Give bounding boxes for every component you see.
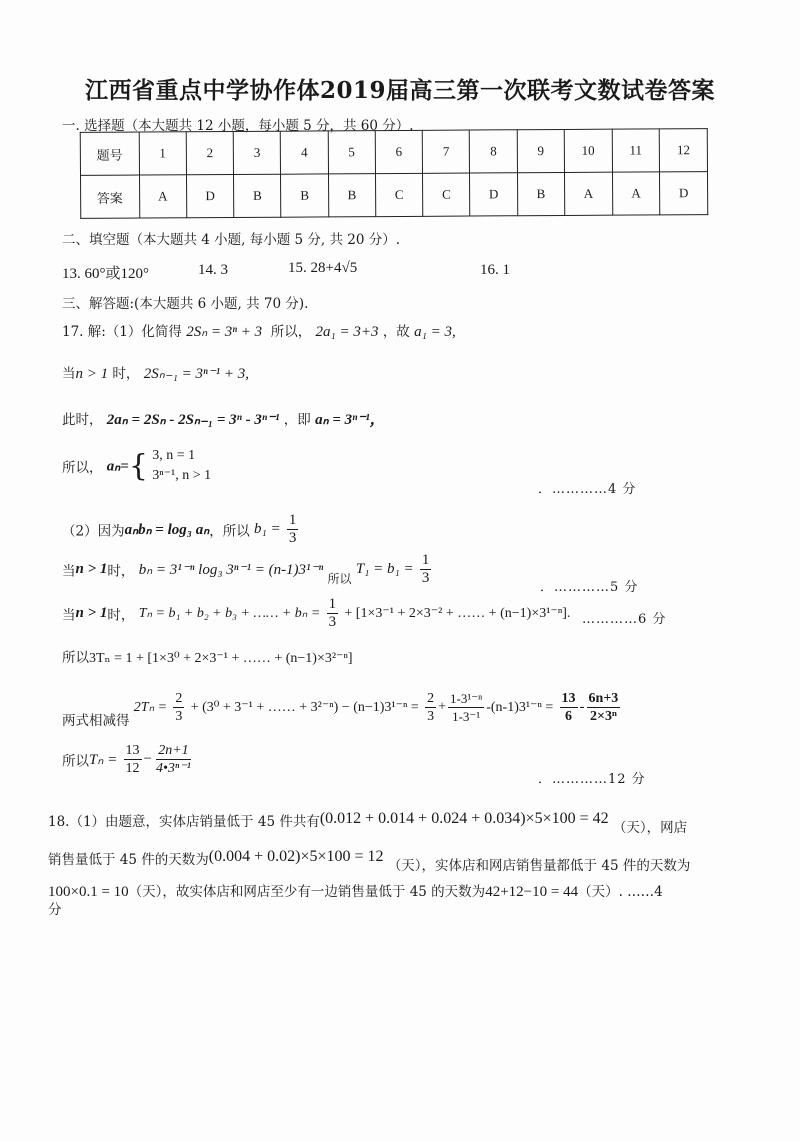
case-1: 3, n = 1 (152, 446, 211, 466)
text: （天），故实体店和网店至少有一边销售量低于 45 的天数为 (129, 884, 486, 900)
table-cell: 8 (470, 130, 518, 173)
table-cell: B (234, 174, 282, 217)
equation: 2Sₙ₋₁ = 3ⁿ⁻¹ + 3, (144, 366, 249, 382)
q18-line-2: 销售量低于 45 件的天数为(0.004 + 0.02)×5×100 = 12 … (48, 848, 690, 874)
text: 所以， (62, 460, 103, 476)
row-header-answer: 答案 (81, 175, 140, 218)
equation: aₙ= (107, 459, 129, 475)
fraction: 136 (560, 690, 578, 725)
equation: 2Sₙ = 3ⁿ + 3 (186, 324, 262, 340)
equation: -(n-1)3¹⁻ⁿ = (486, 700, 553, 715)
item-value: 28+4√5 (311, 260, 358, 276)
fill-answer-13: 13. 60°或120° (62, 262, 149, 283)
table-cell: 5 (328, 131, 376, 174)
fill-answer-14: 14. 3 (198, 262, 228, 279)
equation: aₙ = 3ⁿ⁻¹， (315, 412, 385, 428)
numerator: 2 (173, 690, 184, 708)
fill-answer-15: 15. 28+4√5 (288, 260, 357, 277)
equation: T₁ = b₁ = (356, 561, 414, 577)
score-marker-4: ．…………4 分 (538, 478, 636, 497)
equation: b₁ = (254, 521, 281, 537)
item-label: 15. (288, 260, 307, 276)
text: （天）. ……4 (578, 884, 663, 900)
equation: + (3⁰ + 3⁻¹ + …… + 3²⁻ⁿ) − (n−1)3¹⁻ⁿ = (191, 700, 419, 715)
fill-answer-16: 16. 1 (480, 262, 510, 279)
section-2-heading: 二、填空题（本大题共 4 小题, 每小题 5 分, 共 20 分）. (62, 228, 400, 248)
equation: bₙ = 3¹⁻ⁿ log₃ 3ⁿ⁻¹ = (n-1)3¹⁻ⁿ (139, 562, 324, 578)
text: 17. 解:（1）化简得 (62, 324, 182, 340)
text: （2）因为 (62, 524, 125, 540)
q17-line-5: （2）因为aₙbₙ = log₃ aₙ，所以 b₁ = 13 (62, 512, 300, 547)
text: （天），网店 (613, 820, 687, 836)
answer-table: 题号 1 2 3 4 5 6 7 8 9 10 11 12 答案 A D B B… (80, 128, 709, 219)
table-row-numbers: 题号 1 2 3 4 5 6 7 8 9 10 11 12 (80, 129, 707, 176)
item-label: 13. (62, 266, 81, 282)
row-header-number: 题号 (80, 132, 139, 175)
equation: (0.012 + 0.014 + 0.024 + 0.034)×5×100 = … (320, 810, 609, 827)
table-cell: 11 (612, 129, 660, 172)
numerator: 1 (287, 512, 299, 530)
table-cell: B (328, 174, 376, 217)
operator: − (144, 751, 152, 767)
table-cell: 1 (139, 132, 187, 175)
table-cell: D (660, 172, 708, 215)
text: 所以 (328, 572, 352, 586)
score-marker-5: ．…………5 分 (540, 576, 638, 595)
text: （天），实体店和网店销售量都低于 45 件的天数为 (388, 858, 691, 874)
equation: + [1×3⁻¹ + 2×3⁻² + …… + (n−1)×3¹⁻ⁿ]. (344, 606, 570, 621)
denominator: 3 (420, 570, 432, 587)
text: 当 (62, 366, 76, 382)
equation: a₁ = 3, (414, 324, 456, 340)
section-3-heading: 三、解答题:(本大题共 6 小题, 共 70 分). (62, 292, 308, 312)
item-label: 14. (198, 262, 217, 278)
score-marker-12: ．…………12 分 (538, 768, 646, 787)
equation: 2aₙ = 2Sₙ - 2Sₙ₋₁ = 3ⁿ - 3ⁿ⁻¹ (107, 412, 280, 428)
fraction: 13 (420, 552, 432, 587)
operator: + (438, 700, 446, 715)
text: 18.（1）由题意，实体店销量低于 45 件共有 (48, 814, 320, 830)
table-cell: 9 (517, 129, 565, 172)
text: 所以， (271, 324, 312, 340)
q17-line-4: 所以， aₙ={ 3, n = 1 3ⁿ⁻¹, n > 1 (62, 446, 211, 486)
text: 销售量低于 45 件的天数为 (48, 852, 209, 868)
denominator: 4•3ⁿ⁻¹ (154, 760, 193, 777)
fraction: 23 (425, 690, 436, 725)
brace-icon: { (129, 449, 148, 484)
table-cell: 10 (564, 129, 612, 172)
q17-line-10: 所以Tₙ = 1312−2n+14•3ⁿ⁻¹ (62, 742, 195, 777)
equation: 3Tₙ = 1 + [1×3⁰ + 2×3⁻¹ + …… + (n−1)×3²⁻… (89, 651, 353, 666)
text: 所以 (62, 754, 89, 770)
fraction: 2n+14•3ⁿ⁻¹ (154, 742, 193, 777)
q18-line-4: 分 (48, 898, 62, 918)
text: ，即 (284, 412, 311, 428)
denominator: 3 (287, 530, 299, 547)
equation: 2Tₙ = (134, 700, 167, 715)
numerator: 1-3¹⁻ⁿ (448, 690, 484, 708)
equation: Tₙ = (89, 752, 117, 768)
numerator: 6n+3 (587, 690, 621, 708)
text: ，所以 (209, 524, 250, 540)
text: 此时， (62, 412, 103, 428)
fraction: 6n+32×3ⁿ (587, 690, 621, 725)
denominator: 12 (124, 760, 142, 777)
fraction: 13 (287, 512, 299, 547)
q17-line-2: 当n > 1 时， 2Sₙ₋₁ = 3ⁿ⁻¹ + 3, (62, 362, 249, 383)
denominator: 2×3ⁿ (588, 708, 619, 725)
text: 两式相减得 (62, 713, 130, 729)
text: 所以 (62, 650, 89, 666)
page-title: 江西省重点中学协作体2019届高三第一次联考文数试卷答案 (0, 72, 800, 105)
numerator: 2n+1 (156, 742, 190, 760)
numerator: 1 (327, 596, 339, 614)
table-row-answers: 答案 A D B B B C C D B A A D (81, 172, 708, 219)
fraction: 1312 (124, 742, 142, 777)
equation: (0.004 + 0.02)×5×100 = 12 (209, 848, 384, 865)
item-label: 16. (480, 262, 499, 278)
table-cell: A (139, 175, 187, 218)
q17-line-7: 当n > 1时， Tₙ = b₁ + b₂ + b₃ + …… + bₙ = 1… (62, 596, 570, 631)
denominator: 1-3⁻¹ (450, 708, 482, 725)
equation: n > 1 (76, 605, 108, 621)
text: 时， (107, 608, 134, 624)
table-cell: 6 (375, 130, 423, 173)
numerator: 2 (425, 690, 436, 708)
equation: 42+12−10 = 44 (485, 884, 578, 900)
operator: - (580, 699, 585, 715)
equation: aₙbₙ = log₃ aₙ (125, 522, 210, 538)
item-value: 60°或120° (85, 266, 150, 282)
table-cell: B (517, 172, 565, 215)
score-marker-6: …………6 分 (582, 608, 666, 627)
equation: n > 1 (76, 366, 109, 382)
text: 当 (62, 564, 76, 580)
denominator: 3 (173, 708, 184, 725)
table-cell: D (186, 174, 234, 217)
text: ，故 (383, 324, 410, 340)
equation: Tₙ = b₁ + b₂ + b₃ + …… + bₙ = (139, 606, 321, 621)
fraction: 13 (327, 596, 339, 631)
q18-line-1: 18.（1）由题意，实体店销量低于 45 件共有(0.012 + 0.014 +… (48, 810, 687, 836)
table-cell: C (423, 173, 471, 216)
equation: n > 1 (76, 561, 108, 577)
numerator: 13 (124, 742, 142, 760)
table-cell: 12 (659, 129, 707, 172)
fraction: 23 (173, 690, 184, 725)
text: 时， (107, 564, 134, 580)
table-cell: A (612, 172, 660, 215)
denominator: 3 (327, 614, 339, 631)
case-2: 3ⁿ⁻¹, n > 1 (152, 466, 211, 486)
table-cell: D (470, 173, 518, 216)
q18-line-3: 100×0.1 = 10（天），故实体店和网店至少有一边销售量低于 45 的天数… (48, 880, 663, 901)
text: 当 (62, 608, 76, 624)
q17-line-1: 17. 解:（1）化简得 2Sₙ = 3ⁿ + 3 所以， 2a₁ = 3+3 … (62, 320, 456, 341)
q17-line-6: 当n > 1时， bₙ = 3¹⁻ⁿ log₃ 3ⁿ⁻¹ = (n-1)3¹⁻ⁿ… (62, 552, 433, 587)
denominator: 6 (563, 708, 574, 725)
item-value: 3 (221, 262, 229, 278)
equation: 2a₁ = 3+3 (316, 324, 379, 340)
table-cell: 7 (422, 130, 470, 173)
denominator: 3 (425, 708, 436, 725)
table-cell: A (564, 172, 612, 215)
item-value: 1 (503, 262, 511, 278)
table-cell: C (375, 173, 423, 216)
numerator: 13 (560, 690, 578, 708)
q17-line-3: 此时， 2aₙ = 2Sₙ - 2Sₙ₋₁ = 3ⁿ - 3ⁿ⁻¹ ，即 aₙ … (62, 408, 385, 429)
table-cell: 4 (281, 131, 329, 174)
table-cell: 2 (186, 131, 234, 174)
piecewise-cases: 3, n = 1 3ⁿ⁻¹, n > 1 (152, 446, 211, 486)
table-cell: 3 (233, 131, 281, 174)
fraction: 1-3¹⁻ⁿ1-3⁻¹ (448, 690, 484, 725)
q17-line-9: 两式相减得 2Tₙ = 23 + (3⁰ + 3⁻¹ + …… + 3²⁻ⁿ) … (62, 690, 622, 729)
text: 时， (112, 366, 139, 382)
numerator: 1 (420, 552, 432, 570)
q17-line-8: 所以3Tₙ = 1 + [1×3⁰ + 2×3⁻¹ + …… + (n−1)×3… (62, 646, 353, 667)
table-cell: B (281, 174, 329, 217)
